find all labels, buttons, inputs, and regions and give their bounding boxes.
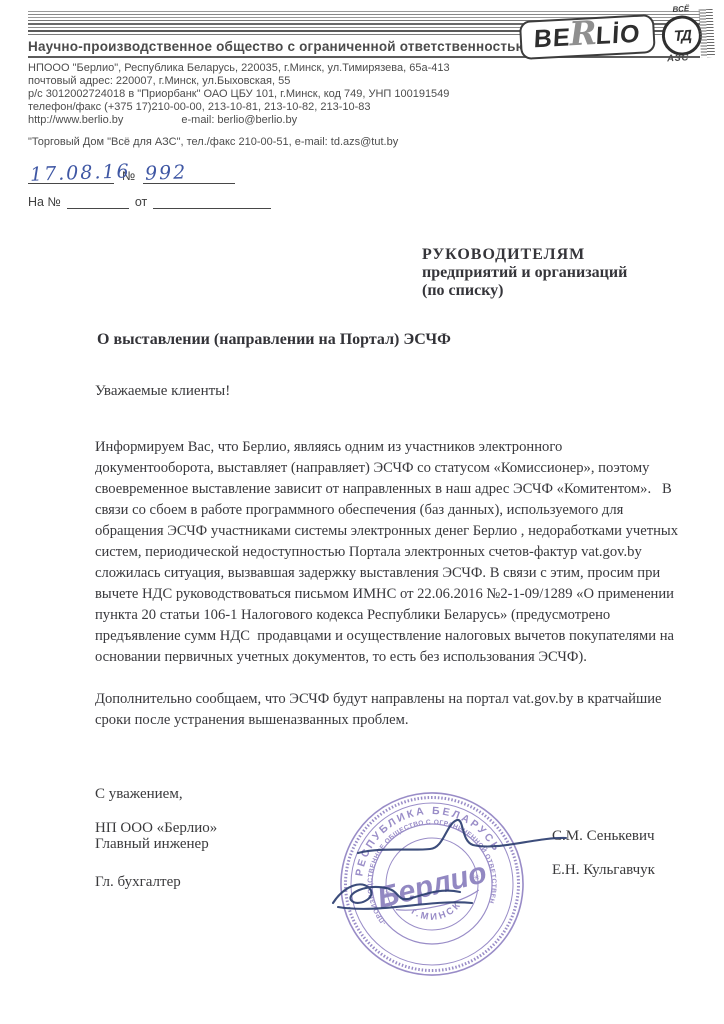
org-type-line: Научно-производственное общество с огран…	[28, 39, 527, 54]
signing-org: НП ООО «Берлио»	[95, 820, 217, 836]
handwritten-date: 17.08.16	[30, 160, 131, 185]
logo-text-be: BE	[533, 23, 571, 54]
signer-title-1: Главный инженер	[95, 836, 217, 852]
paragraph-2: Дополнительно сообщаем, что ЭСЧФ будут н…	[95, 689, 683, 731]
contact-line-phone: телефон/факс (+375 17)210-00-00, 213-10-…	[28, 101, 450, 114]
recipient-line-3: (по списку)	[422, 282, 627, 300]
letter-body: Информируем Вас, что Берлио, являясь одн…	[95, 437, 683, 752]
signer-name-2: Е.Н. Кульгавчук	[552, 862, 655, 879]
outgoing-row: 17.08.16 № 992	[28, 158, 271, 184]
signoff-block: С уважением, НП ООО «Берлио» Главный инж…	[95, 786, 217, 890]
handwritten-number: 992	[145, 161, 188, 184]
contact-line-bank: р/с 3012002724018 в "Приорбанк" ОАО ЦБУ …	[28, 88, 450, 101]
contact-line-web: http://www.berlio.by e-mail: berlio@berl…	[28, 114, 450, 127]
paragraph-1: Информируем Вас, что Берлио, являясь одн…	[95, 437, 683, 668]
date-underline: 17.08.16	[28, 161, 114, 184]
signer-names: С.М. Сенькевич Е.Н. Кульгавчук	[552, 828, 655, 879]
logo-script-r: R	[569, 20, 598, 48]
contact-line-postal: почтовый адрес: 220007, г.Минск, ул.Быхо…	[28, 75, 450, 88]
reply-row: На № от	[28, 186, 271, 209]
reference-block: 17.08.16 № 992 На № от	[28, 158, 271, 209]
reply-date-underline	[153, 186, 271, 209]
emblem-stripes	[699, 9, 715, 58]
company-round-stamp: РЕСПУБЛИКА БЕЛАРУСЬ НАУЧНО-ПРОИЗВОДСТВЕН…	[337, 789, 527, 979]
greeting-line: Уважаемые клиенты!	[95, 383, 230, 400]
recipient-block: РУКОВОДИТЕЛЯМ предприятий и организаций …	[422, 246, 627, 300]
reply-prefix: На №	[28, 195, 61, 209]
reply-number-underline	[67, 186, 129, 209]
logo-text-lio: LİO	[595, 20, 641, 51]
reply-from-label: от	[135, 195, 147, 209]
email-address: e-mail: berlio@berlio.by	[181, 114, 297, 127]
trade-house-line: "Торговый Дом "Всё для АЗС", тел./факс 2…	[28, 136, 450, 149]
number-underline: 992	[143, 161, 235, 184]
berlio-logo-box: BE R LİO	[519, 14, 656, 60]
signer-name-1: С.М. Сенькевич	[552, 828, 655, 845]
scanned-letter-page: Научно-производственное общество с огран…	[0, 0, 724, 1024]
contact-line-address: НПООО "Берлио", Республика Беларусь, 220…	[28, 62, 450, 75]
contact-block: НПООО "Берлио", Республика Беларусь, 220…	[28, 62, 450, 149]
recipient-line-1: РУКОВОДИТЕЛЯМ	[422, 246, 627, 264]
recipient-line-2: предприятий и организаций	[422, 264, 627, 282]
emblem-vse-label: ВСЁ	[672, 4, 689, 14]
signer-title-2: Гл. бухгалтер	[95, 874, 217, 890]
emblem-azs-label: АЗС	[667, 52, 690, 64]
berlio-logo: BE R LİO ВСЁ ТД АЗС	[519, 5, 714, 73]
td-monogram-icon: ТД	[661, 15, 703, 57]
signoff-line: С уважением,	[95, 786, 217, 802]
website-url: http://www.berlio.by	[28, 114, 123, 127]
subject-line: О выставлении (направлении на Портал) ЭС…	[97, 331, 451, 349]
td-azs-emblem: ВСЁ ТД АЗС	[658, 5, 713, 66]
